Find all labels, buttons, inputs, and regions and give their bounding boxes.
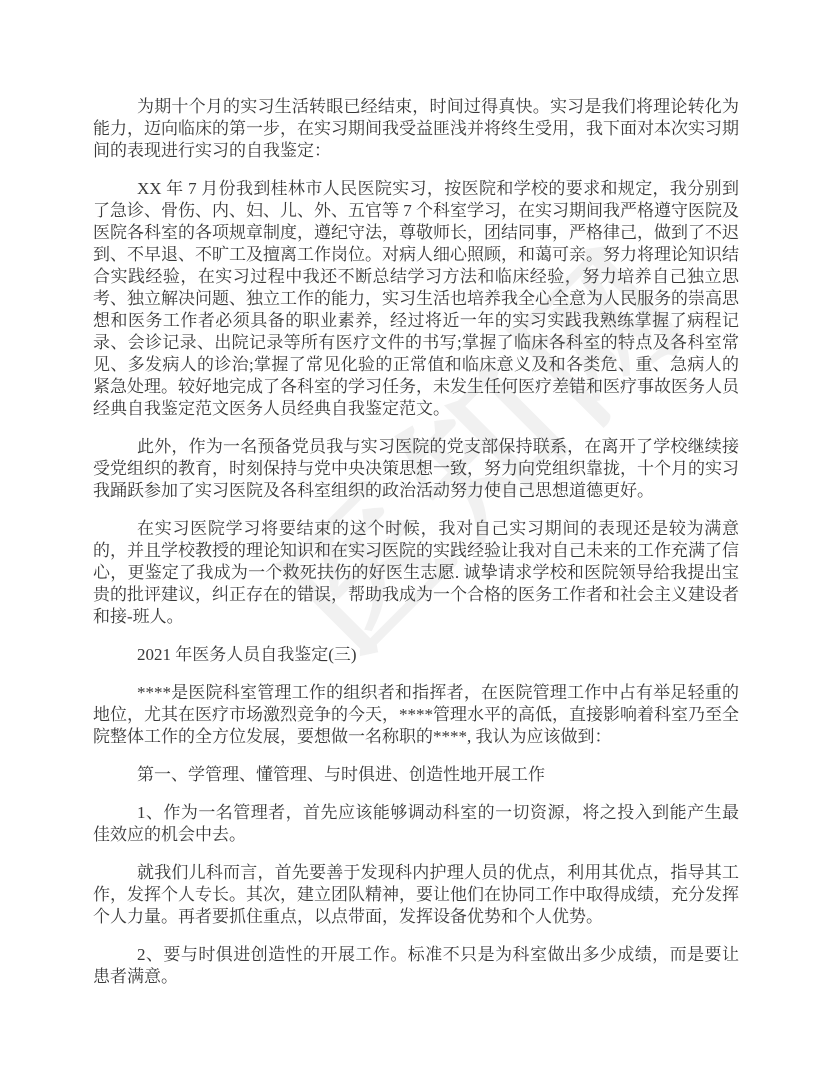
paragraph: 在实习医院学习将要结束的这个时候，我对自己实习期间的表现还是较为满意的，并且学校… <box>93 518 739 628</box>
paragraph: 就我们儿科而言，首先要善于发现科内护理人员的优点，利用其优点，指导其工作，发挥个… <box>93 862 739 928</box>
paragraph: 2、要与时俱进创造性的开展工作。标准不只是为科室做出多少成绩，而是要让患者满意。 <box>93 944 739 988</box>
paragraph: 此外，作为一名预备党员我与实习医院的党支部保持联系，在离开了学校继续接受党组织的… <box>93 436 739 502</box>
document-page: 医知网 为期十个月的实习生活转眼已经结束，时间过得真快。实习是我们将理论转化为能… <box>0 0 830 1074</box>
document-content: 为期十个月的实习生活转眼已经结束，时间过得真快。实习是我们将理论转化为能力，迈向… <box>93 96 739 1004</box>
paragraph: 1、作为一名管理者，首先应该能够调动科室的一切资源，将之投入到能产生最佳效应的机… <box>93 802 739 846</box>
section-title: 2021 年医务人员自我鉴定(三) <box>93 644 739 666</box>
paragraph: 为期十个月的实习生活转眼已经结束，时间过得真快。实习是我们将理论转化为能力，迈向… <box>93 96 739 162</box>
section-heading: 第一、学管理、懂管理、与时俱进、创造性地开展工作 <box>93 764 739 786</box>
paragraph: XX 年 7 月份我到桂林市人民医院实习，按医院和学校的要求和规定，我分别到了急… <box>93 178 739 420</box>
paragraph: ****是医院科室管理工作的组织者和指挥者，在医院管理工作中占有举足轻重的地位，… <box>93 682 739 748</box>
